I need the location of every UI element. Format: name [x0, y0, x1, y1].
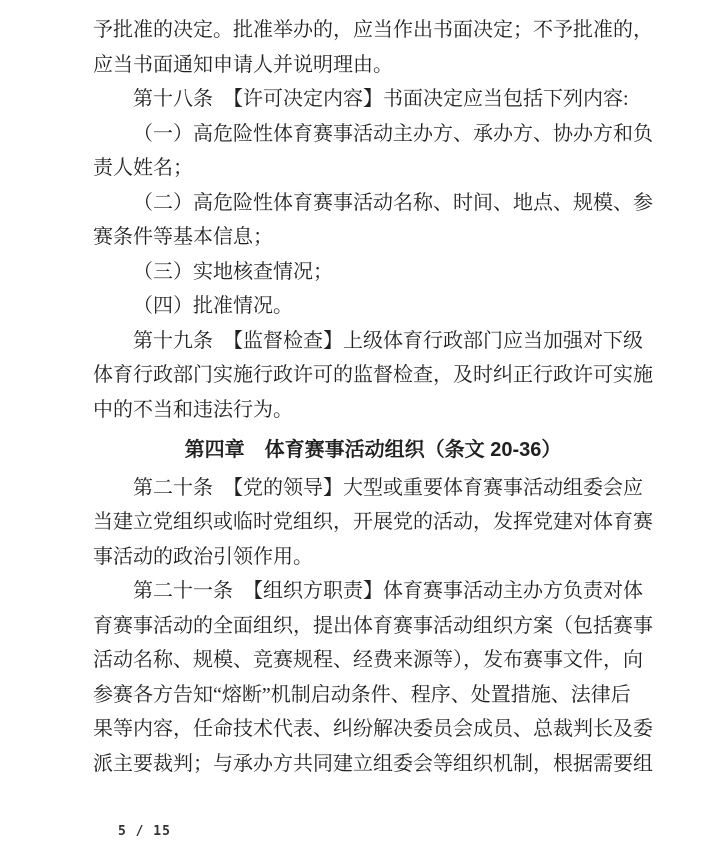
document-body: 予批准的决定。批准举办的，应当作出书面决定；不予批准的，应当书面通知申请人并说明…	[93, 13, 653, 781]
text-line: 当建立党组织或临时党组织，开展党的活动，发挥党建对体育赛	[93, 505, 653, 540]
text-line: 派主要裁判；与承办方共同建立组委会等组织机制，根据需要组	[93, 747, 653, 782]
text-line: 予批准的决定。批准举办的，应当作出书面决定；不予批准的，	[93, 13, 653, 48]
text-line: 第十九条 【监督检查】上级体育行政部门应当加强对下级	[93, 324, 653, 359]
text-line: 果等内容，任命技术代表、纠纷解决委员会成员、总裁判长及委	[93, 712, 653, 747]
text-line: 体育行政部门实施行政许可的监督检查，及时纠正行政许可实施	[93, 358, 653, 393]
text-line: 第十八条 【许可决定内容】书面决定应当包括下列内容:	[93, 82, 653, 117]
text-line: 第二十条 【党的领导】大型或重要体育赛事活动组委会应	[93, 471, 653, 506]
text-line: 中的不当和违法行为。	[93, 393, 653, 428]
chapter-heading: 第四章 体育赛事活动组织（条文 20-36）	[93, 433, 653, 468]
text-line: 第二十一条 【组织方职责】体育赛事活动主办方负责对体	[93, 574, 653, 609]
page-number: 5 / 15	[118, 824, 171, 839]
text-line: 参赛各方告知“熔断”机制启动条件、程序、处置措施、法律后	[93, 678, 653, 713]
text-line: 育赛事活动的全面组织，提出体育赛事活动组织方案（包括赛事	[93, 609, 653, 644]
text-line: 活动名称、规模、竞赛规程、经费来源等），发布赛事文件，向	[93, 643, 653, 678]
text-line: 责人姓名；	[93, 151, 653, 186]
text-line: 应当书面通知申请人并说明理由。	[93, 48, 653, 83]
text-line: （四）批准情况。	[93, 289, 653, 324]
text-line: （二）高危险性体育赛事活动名称、时间、地点、规模、参	[93, 186, 653, 221]
document-page: 予批准的决定。批准举办的，应当作出书面决定；不予批准的，应当书面通知申请人并说明…	[0, 0, 728, 848]
text-line: （三）实地核查情况；	[93, 255, 653, 290]
text-line: 赛条件等基本信息；	[93, 220, 653, 255]
text-line: 事活动的政治引领作用。	[93, 540, 653, 575]
text-line: （一）高危险性体育赛事活动主办方、承办方、协办方和负	[93, 117, 653, 152]
